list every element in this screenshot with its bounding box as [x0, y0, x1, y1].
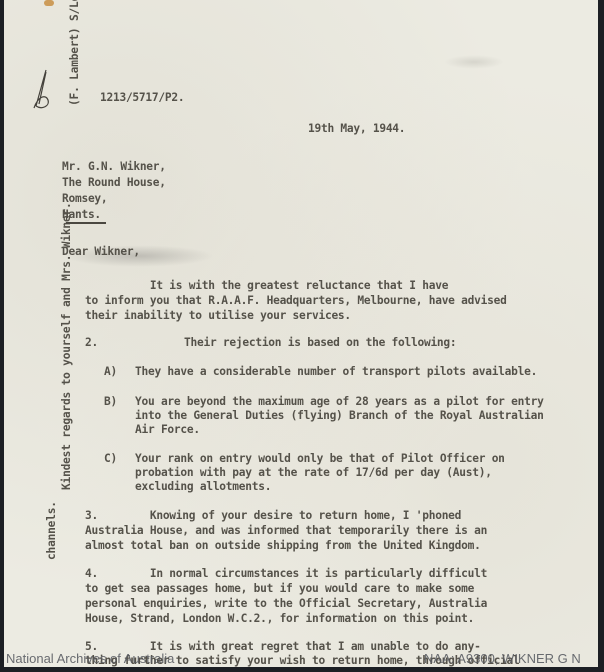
reference-number: 1213/5717/P2.: [100, 91, 184, 105]
item-line: probation with pay at the rate of 17/6d …: [135, 466, 492, 480]
handwritten-initial-icon: [30, 68, 54, 114]
address-line: Romsey,: [62, 192, 107, 206]
paper-stain: [44, 0, 54, 6]
item-label: C): [104, 452, 117, 466]
paragraph-line: their inability to utilise your services…: [85, 309, 351, 323]
paragraph-line: Australia House, and was informed that t…: [85, 524, 487, 538]
salutation: Dear Wikner,: [62, 245, 140, 259]
paragraph-line: almost total ban on outside shipping fro…: [85, 539, 481, 553]
paragraph-line: to inform you that R.A.A.F. Headquarters…: [85, 294, 507, 308]
item-line: excluding allotments.: [135, 480, 271, 494]
address-line: The Round House,: [62, 176, 166, 190]
paragraph-2-text: Their rejection is based on the followin…: [184, 336, 456, 350]
paragraph-line: 3. Knowing of your desire to return home…: [85, 509, 461, 523]
paragraph-line: 4. In normal circumstances it is particu…: [85, 567, 487, 581]
margin-signature: (F. Lambert) S/Ldr: [68, 0, 81, 106]
paragraph-line: personal enquiries, write to the Officia…: [85, 597, 487, 611]
item-line: They have a considerable number of trans…: [135, 365, 537, 379]
address-line: Mr. G.N. Wikner,: [62, 160, 166, 174]
margin-continuation: channels.: [45, 501, 58, 560]
item-line: into the General Duties (flying) Branch …: [135, 409, 544, 423]
item-line: Your rank on entry would only be that of…: [135, 452, 505, 466]
address-line: Hants.: [62, 208, 101, 222]
item-line: You are beyond the maximum age of 28 yea…: [135, 395, 544, 409]
paragraph-line: House, Strand, London W.C.2., for inform…: [85, 612, 474, 626]
paragraph-line: It is with the greatest reluctance that …: [85, 279, 448, 293]
paragraph-number: 2.: [85, 336, 98, 350]
watermark-archive-name: National Archives of Australia: [6, 651, 174, 666]
paragraph-line: to get sea passages home, but if you wou…: [85, 582, 474, 596]
item-line: Air Force.: [135, 423, 200, 437]
bottom-border: [0, 667, 604, 672]
document-page: (F. Lambert) S/Ldr Kindest regards to yo…: [4, 0, 598, 667]
address-underline: [66, 222, 106, 224]
item-label: B): [104, 395, 117, 409]
watermark-record-id: NAA: A9300, WIKNER G N: [424, 651, 581, 666]
ink-smudge: [444, 55, 504, 69]
letter-date: 19th May, 1944.: [308, 122, 405, 136]
item-label: A): [104, 365, 117, 379]
